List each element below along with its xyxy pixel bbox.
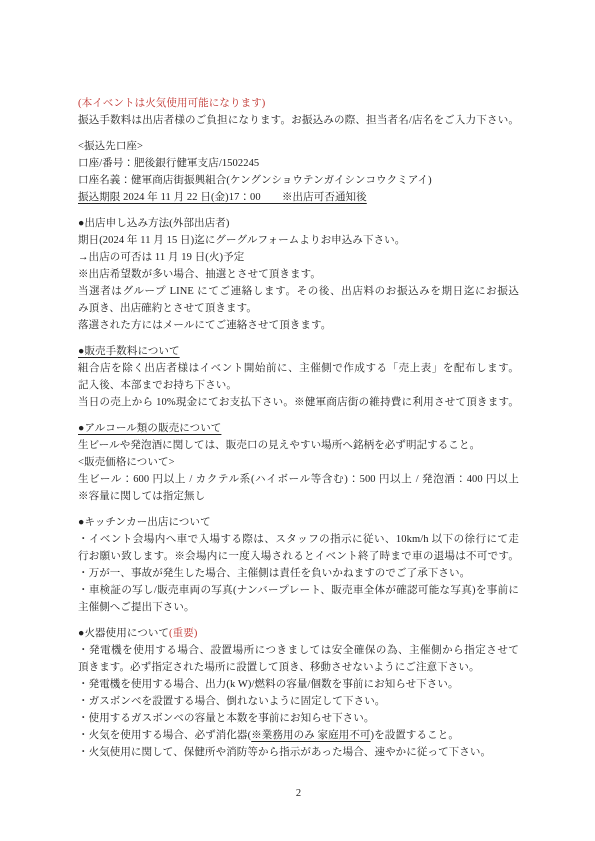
- text-line: 生ビール：600 円以上 / カクテル系(ハイボール等含む)：500 円以上 /…: [78, 471, 519, 488]
- text-line: →出店の可否は 11 月 19 日(火)予定: [78, 249, 519, 266]
- text-line: ●キッチンカー出店について: [78, 514, 519, 531]
- text-line: 当選者はグループ LINE にてご連絡します。その後、出店料のお振込みを期日迄に…: [78, 283, 519, 300]
- text-line: (本イベントは火気使用可能になります): [78, 95, 519, 112]
- section-application-method: ●出店申し込み方法(外部出店者)期日(2024 年 11 月 15 日)迄にグー…: [78, 215, 519, 334]
- text-line: ●火器使用について(重要): [78, 625, 519, 642]
- text-segment: →出店の可否は 11 月 19 日(火)予定: [78, 252, 244, 263]
- text-line: ※容量に関しては指定無し: [78, 488, 519, 505]
- text-segment: 行お願い致します。※会場内に一度入場されるとイベント終了時まで車の退場は不可です…: [78, 551, 519, 562]
- text-line: ・ガスボンベを設置する場合、倒れないように固定して下さい。: [78, 693, 519, 710]
- text-line: <振込先口座>: [78, 138, 519, 155]
- text-line: ・発電機を使用する場合、設置場所につきましては安全確保の為、主催側から指定させて: [78, 642, 519, 659]
- text-line: 頂きます。必ず指定された場所に設置して頂き、移動させないようにご注意下さい。: [78, 659, 519, 676]
- text-line: 記入後、本部までお持ち下さい。: [78, 377, 519, 394]
- text-segment: ●火器使用について: [78, 628, 169, 639]
- section-kitchen-car: ●キッチンカー出店について・イベント会場内へ車で入場する際は、スタッフの指示に従…: [78, 514, 519, 616]
- text-segment: 口座/番号：肥後銀行健軍支店/1502245: [78, 158, 259, 169]
- text-line: 期日(2024 年 11 月 15 日)迄にグーグルフォームよりお申込み下さい。: [78, 232, 519, 249]
- section-sales-fee: ●販売手数料について組合店を除く出店者様はイベント開始前に、主催側で作成する「売…: [78, 343, 519, 411]
- document-page: (本イベントは火気使用可能になります)振込手数料は出店者様のご負担になります。お…: [0, 0, 595, 841]
- text-segment: 生ビールや発泡酒に関しては、販売口の見えやすい場所へ銘柄を必ず明記すること。: [78, 440, 480, 451]
- text-line: 主催側へご提出下さい。: [78, 599, 519, 616]
- text-segment: 頂きます。必ず指定された場所に設置して頂き、移動させないようにご注意下さい。: [78, 662, 480, 673]
- text-segment-u: 振込期限 2024 年 11 月 22 日(金)17：00 ※出店可否通知後: [78, 192, 367, 203]
- text-segment: ・使用するガスボンベの容量と本数を事前にお知らせ下さい。: [78, 713, 374, 724]
- text-line: ・発電機を使用する場合、出力(k W)/燃料の容量/個数を事前にお知らせ下さい。: [78, 676, 519, 693]
- text-line: ・火気使用に関して、保健所や消防等から指示があった場合、速やかに従って下さい。: [78, 744, 519, 761]
- text-segment: 組合店を除く出店者様はイベント開始前に、主催側で作成する「売上表」を配布します。: [78, 363, 519, 374]
- text-line: ※出店希望数が多い場合、抽選とさせて頂きます。: [78, 266, 519, 283]
- text-segment: 口座名義：健軍商店街振興組合(ケングンショウテンガイシンコウクミアイ): [78, 175, 432, 186]
- text-segment-u: ●アルコール類の販売について: [78, 423, 221, 434]
- text-segment-u: ●販売手数料について: [78, 346, 180, 357]
- text-line: ・万が一、事故が発生した場合、主催側は責任を負いかねますのでご了承下さい。: [78, 565, 519, 582]
- text-segment: 落選された方にはメールにてご連絡させて頂きます。: [78, 320, 331, 331]
- text-line: 振込手数料は出店者様のご負担になります。お振込みの際、担当者名/店名をご入力下さ…: [78, 112, 519, 129]
- text-segment: 生ビール：600 円以上 / カクテル系(ハイボール等含む)：500 円以上 /…: [78, 474, 519, 485]
- text-segment: 主催側へご提出下さい。: [78, 602, 195, 613]
- text-line: 落選された方にはメールにてご連絡させて頂きます。: [78, 317, 519, 334]
- section-fire-allowed-notice: (本イベントは火気使用可能になります)振込手数料は出店者様のご負担になります。お…: [78, 95, 519, 129]
- text-segment: ・ガスボンベを設置する場合、倒れないように固定して下さい。: [78, 696, 385, 707]
- text-segment: )を設置すること。: [371, 730, 459, 741]
- text-segment-red: (本イベントは火気使用可能になります): [78, 98, 265, 109]
- text-line: 振込期限 2024 年 11 月 22 日(金)17：00 ※出店可否通知後: [78, 189, 519, 206]
- text-segment-red: (重要): [169, 628, 197, 639]
- text-segment: ・発電機を使用する場合、設置場所につきましては安全確保の為、主催側から指定させて: [78, 645, 519, 656]
- text-segment: ●キッチンカー出店について: [78, 517, 211, 528]
- text-line: 組合店を除く出店者様はイベント開始前に、主催側で作成する「売上表」を配布します。: [78, 360, 519, 377]
- text-line: ・イベント会場内へ車で入場する際は、スタッフの指示に従い、10km/h 以下の徐…: [78, 531, 519, 548]
- text-line: 生ビールや発泡酒に関しては、販売口の見えやすい場所へ銘柄を必ず明記すること。: [78, 437, 519, 454]
- text-line: ●出店申し込み方法(外部出店者): [78, 215, 519, 232]
- text-segment: 当日の売上から 10%現金にてお支払下さい。※健軍商店街の維持費に利用させて頂き…: [78, 397, 519, 408]
- text-segment: み頂き、出店確約とさせて頂きます。: [78, 303, 257, 314]
- text-segment: ・発電機を使用する場合、出力(k W)/燃料の容量/個数を事前にお知らせ下さい。: [78, 679, 459, 690]
- text-line: ・使用するガスボンベの容量と本数を事前にお知らせ下さい。: [78, 710, 519, 727]
- text-line: 口座/番号：肥後銀行健軍支店/1502245: [78, 155, 519, 172]
- section-fire-use: ●火器使用について(重要)・発電機を使用する場合、設置場所につきましては安全確保…: [78, 625, 519, 761]
- text-segment: ・万が一、事故が発生した場合、主催側は責任を負いかねますのでご了承下さい。: [78, 568, 470, 579]
- text-segment: <振込先口座>: [78, 141, 143, 152]
- text-segment: ・イベント会場内へ車で入場する際は、スタッフの指示に従い、10km/h 以下の徐…: [78, 534, 519, 545]
- text-segment: ・火気を使用する場合、必ず消化器(: [78, 730, 251, 741]
- text-segment: 当選者はグループ LINE にてご連絡します。その後、出店料のお振込みを期日迄に…: [78, 286, 519, 297]
- text-line: ・火気を使用する場合、必ず消化器(※業務用のみ 家庭用不可)を設置すること。: [78, 727, 519, 744]
- section-transfer-account: <振込先口座>口座/番号：肥後銀行健軍支店/1502245口座名義：健軍商店街振…: [78, 138, 519, 206]
- text-segment: ・火気使用に関して、保健所や消防等から指示があった場合、速やかに従って下さい。: [78, 747, 491, 758]
- text-line: ・車検証の写し/販売車両の写真(ナンバープレート、販売車全体が確認可能な写真)を…: [78, 582, 519, 599]
- text-line: ●販売手数料について: [78, 343, 519, 360]
- text-line: <販売価格について>: [78, 454, 519, 471]
- page-number: 2: [78, 785, 519, 802]
- text-segment: 記入後、本部までお持ち下さい。: [78, 380, 237, 391]
- text-segment: <販売価格について>: [78, 457, 175, 468]
- document-body: (本イベントは火気使用可能になります)振込手数料は出店者様のご負担になります。お…: [78, 95, 519, 761]
- text-segment: ※出店希望数が多い場合、抽選とさせて頂きます。: [78, 269, 321, 280]
- text-segment: ●出店申し込み方法(外部出店者): [78, 218, 229, 229]
- text-line: 行お願い致します。※会場内に一度入場されるとイベント終了時まで車の退場は不可です…: [78, 548, 519, 565]
- section-alcohol-sales: ●アルコール類の販売について生ビールや発泡酒に関しては、販売口の見えやすい場所へ…: [78, 420, 519, 505]
- text-line: み頂き、出店確約とさせて頂きます。: [78, 300, 519, 317]
- text-segment: ※容量に関しては指定無し: [78, 491, 205, 502]
- text-line: ●アルコール類の販売について: [78, 420, 519, 437]
- text-segment: ・車検証の写し/販売車両の写真(ナンバープレート、販売車全体が確認可能な写真)を…: [78, 585, 519, 596]
- text-segment: 期日(2024 年 11 月 15 日)迄にグーグルフォームよりお申込み下さい。: [78, 235, 405, 246]
- text-line: 口座名義：健軍商店街振興組合(ケングンショウテンガイシンコウクミアイ): [78, 172, 519, 189]
- text-line: 当日の売上から 10%現金にてお支払下さい。※健軍商店街の維持費に利用させて頂き…: [78, 394, 519, 411]
- text-segment-u: ※業務用のみ 家庭用不可: [251, 730, 370, 741]
- text-segment: 振込手数料は出店者様のご負担になります。お振込みの際、担当者名/店名をご入力下さ…: [78, 115, 519, 126]
